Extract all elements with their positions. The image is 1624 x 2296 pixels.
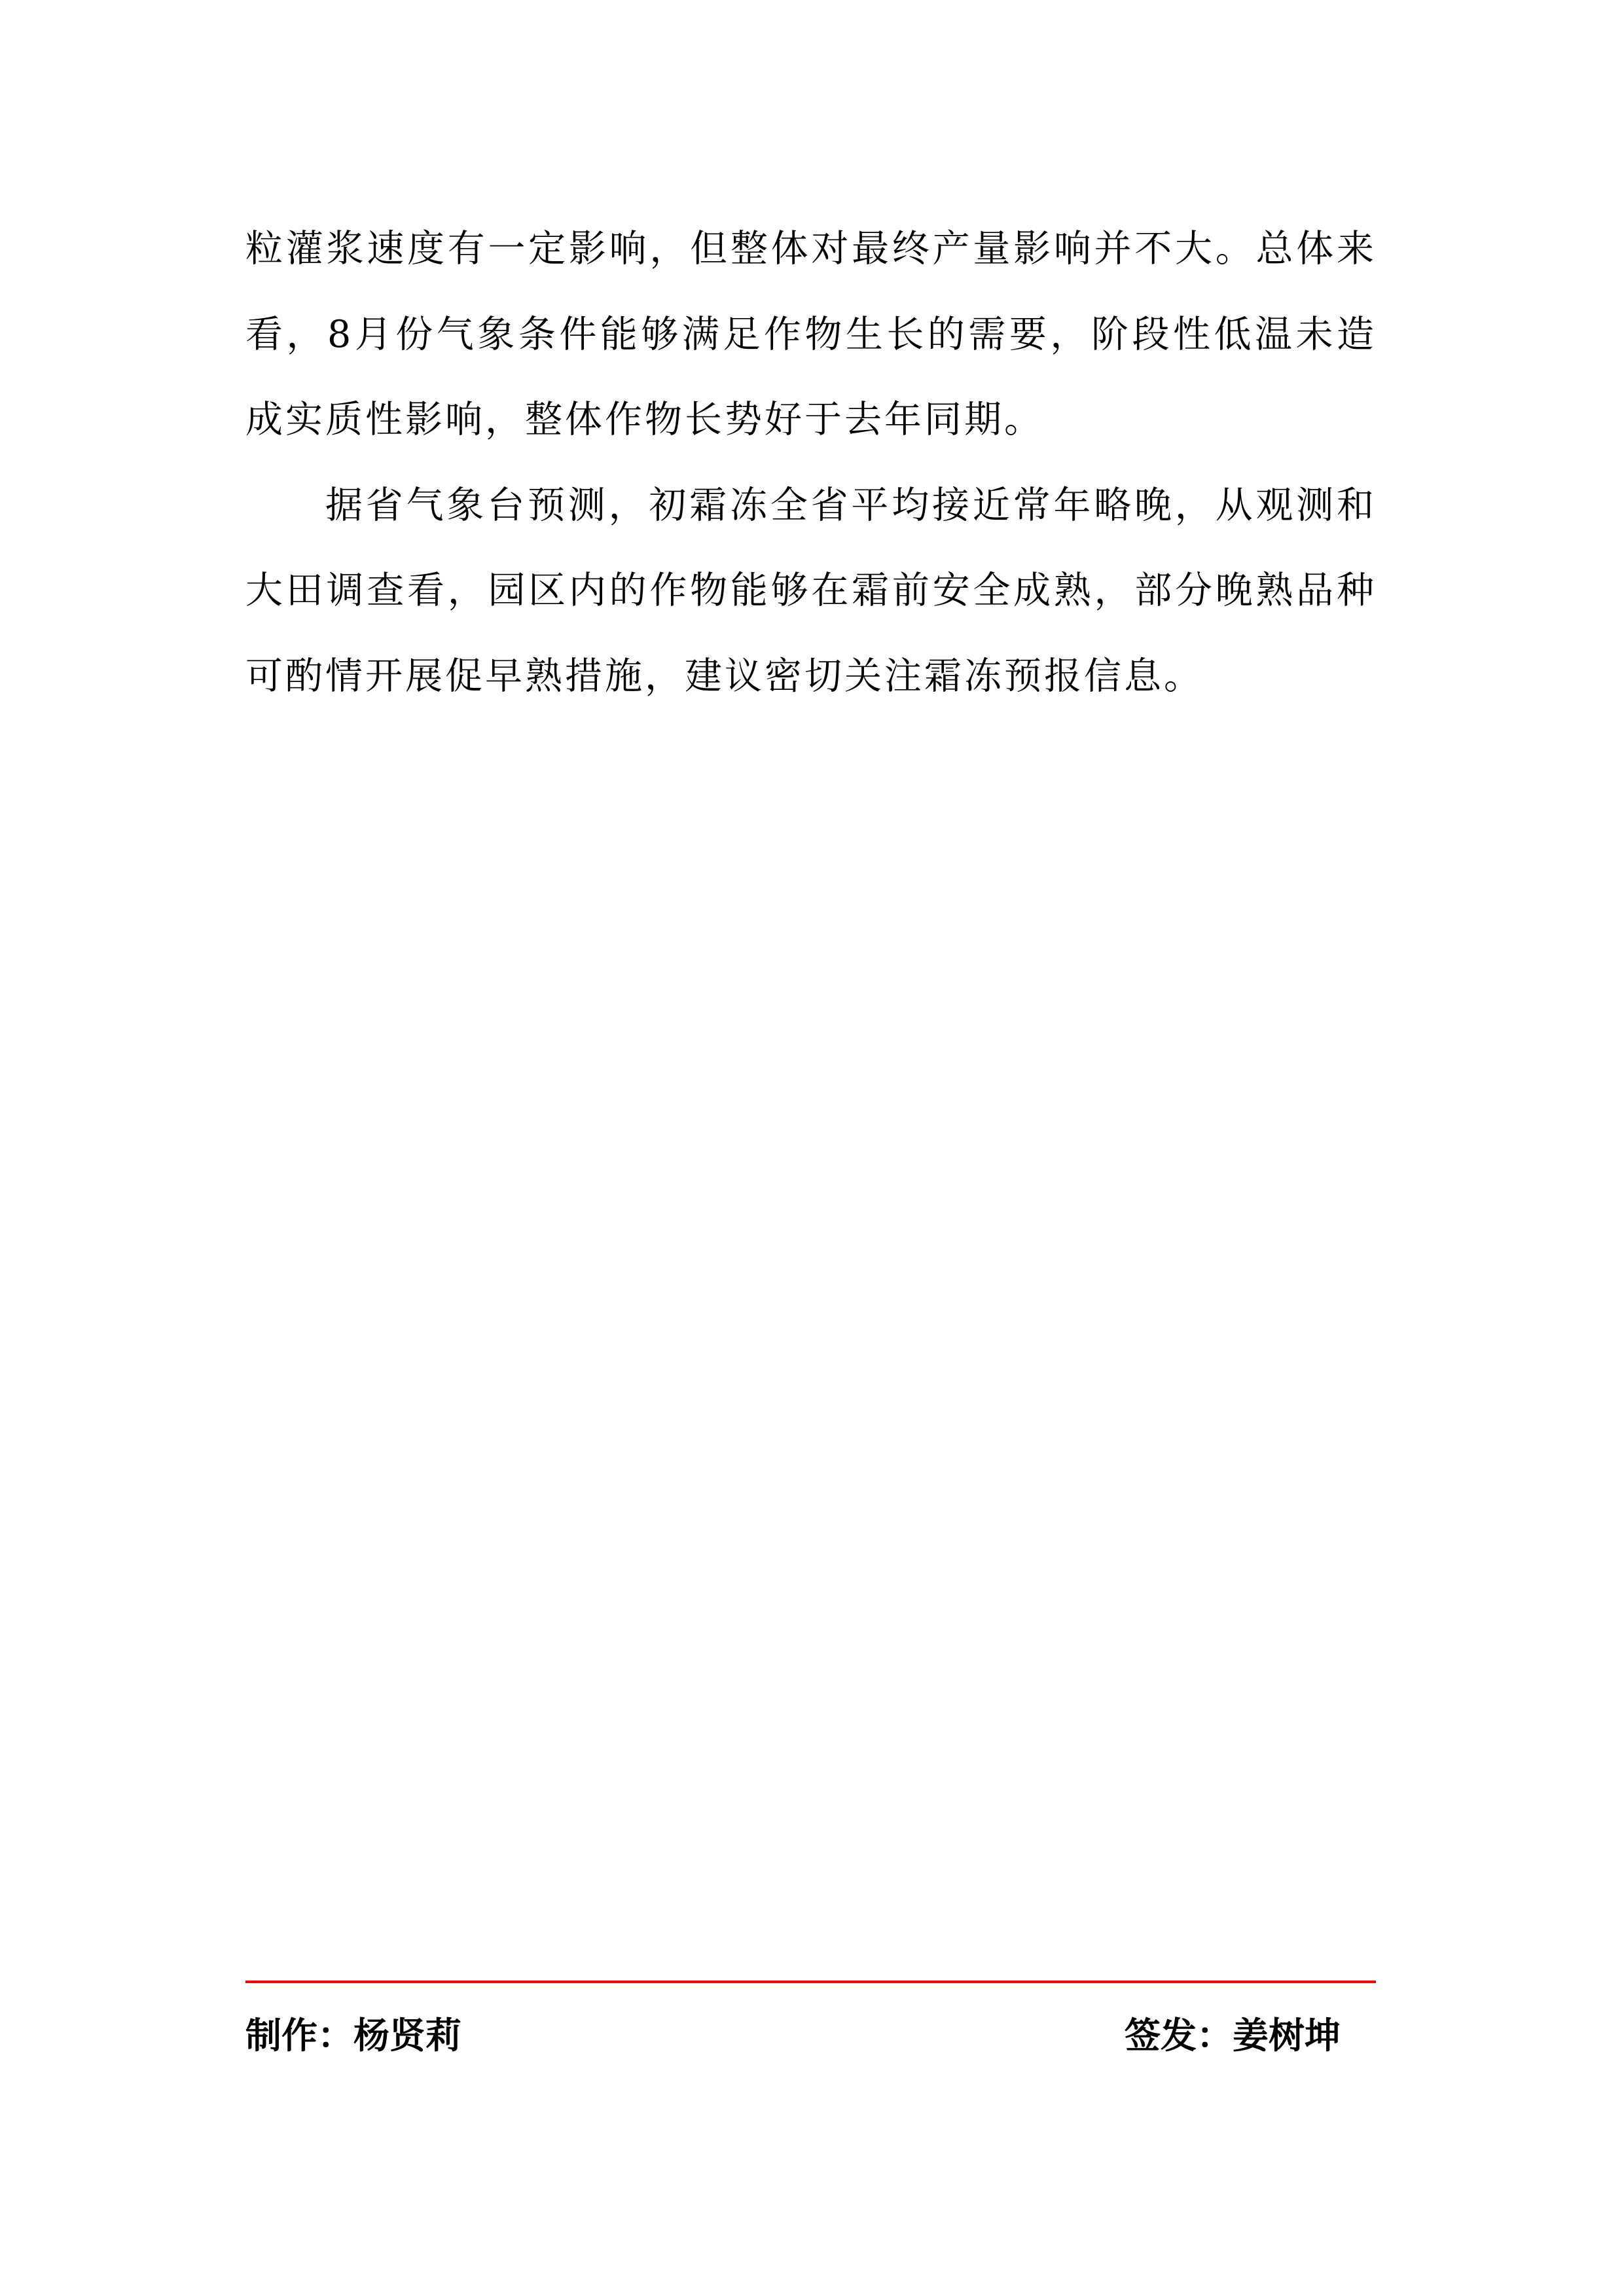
maker-credit: 制作：杨贤莉: [245, 2009, 461, 2062]
signer-label: 签发：: [1125, 2015, 1233, 2056]
signer-credit: 签发：姜树坤: [1125, 2009, 1341, 2062]
document-body: 粒灌浆速度有一定影响，但整体对最终产量影响并不大。总体来看，8月份气象条件能够满…: [245, 206, 1377, 719]
maker-label: 制作：: [245, 2015, 353, 2056]
maker-name: 杨贤莉: [353, 2015, 461, 2056]
paragraph-frost-forecast: 据省气象台预测，初霜冻全省平均接近常年略晚，从观测和大田调查看，园区内的作物能够…: [245, 463, 1377, 719]
footer-divider-red: [245, 1981, 1376, 1983]
signer-name: 姜树坤: [1233, 2015, 1341, 2056]
document-footer: 制作：杨贤莉 签发：姜树坤: [245, 2009, 1376, 2062]
paragraph-summary: 粒灌浆速度有一定影响，但整体对最终产量影响并不大。总体来看，8月份气象条件能够满…: [245, 206, 1377, 463]
document-page: 粒灌浆速度有一定影响，但整体对最终产量影响并不大。总体来看，8月份气象条件能够满…: [0, 0, 1624, 2296]
